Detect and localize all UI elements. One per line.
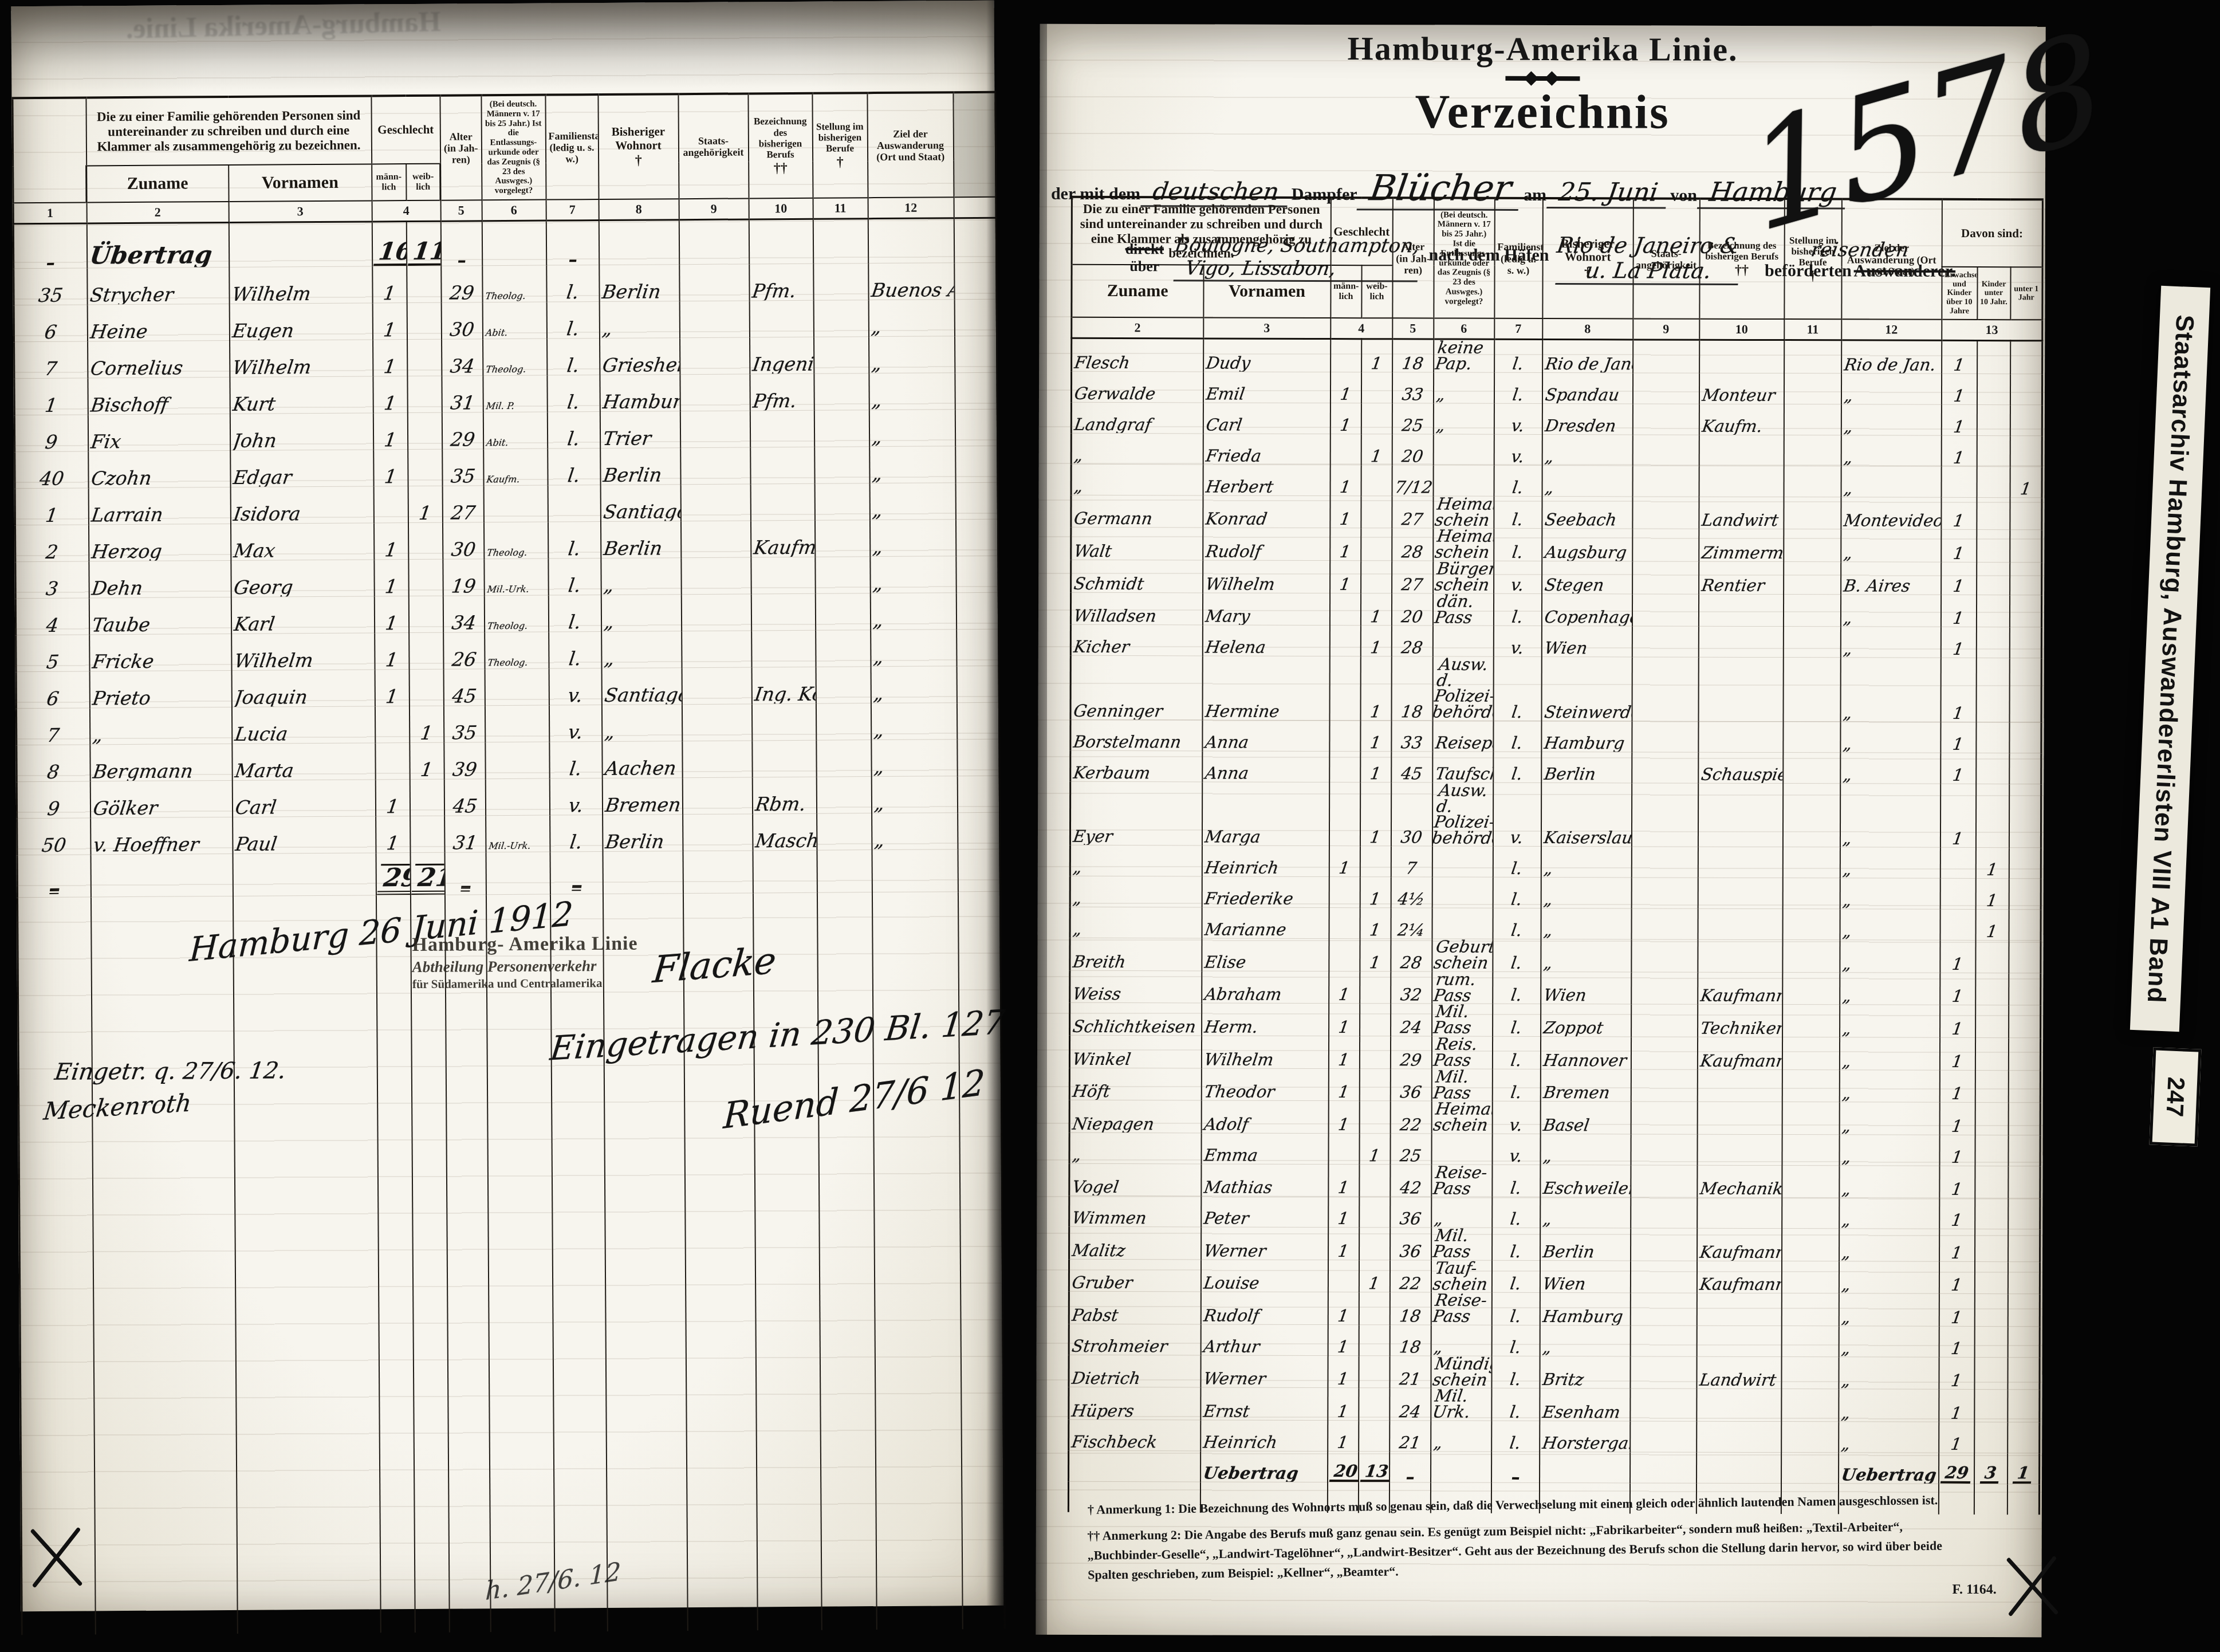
table-row: WaltRudolf128Heimat- scheinl.AugsburgZim… [1071,528,2042,563]
cell-text: 1 [1337,987,1351,1004]
cell-text: Ernst [1202,1403,1250,1419]
cell-text: Elise [1203,954,1247,970]
cell-text: 1 [1369,765,1382,782]
cell-text: 1 [1337,1339,1350,1355]
cell-text: 2 [45,542,59,561]
col-number: 8 [599,199,679,220]
cell-text: Wilhelm [233,651,314,670]
cell-text [458,260,465,262]
cell-text: „ [873,757,885,776]
cell-text: 18 [1401,355,1424,372]
table-row: KicherHelena128v.Wien„1 [1070,624,2041,658]
cell-text: Mil. Pass [1432,1228,1491,1260]
cell-text: Uebertrag [1202,1465,1299,1481]
cell-text: „ [1840,1309,1851,1325]
cell-text: Hüpers [1070,1403,1135,1419]
cell-text: Hamburg [1541,1308,1624,1325]
table-row: „Emma125v.„„1 [1069,1132,2040,1166]
col-number: 7 [546,199,599,221]
cell-text: 1 [1339,544,1352,560]
table-row: FischbeckHeinrich121„l.Horstergarten„1 [1069,1419,2040,1453]
cell-text: Bürger- schein [1434,561,1494,593]
cell-text: Hamburg [601,392,680,411]
cell-text: Eugen [231,321,295,340]
cell-text [49,888,59,894]
col-number: 9 [679,198,749,219]
cell-text: Breith [1072,954,1127,970]
cell-text: 28 [1400,639,1424,656]
cell-text: Adolf [1203,1116,1249,1132]
cell-text: l. [1510,1020,1523,1036]
column-number-row: 2 3 4 5 6 7 8 9 10 11 12 13 [1072,317,2042,341]
col-beruf: Bezeichnung des bisherigen Berufs †† [748,93,813,199]
table-row: 4TaubeKarl134Theolog.l.„„ [15,592,998,635]
cell-text: Kerbaum [1072,765,1151,781]
cell-text: „ [1841,955,1852,972]
cell-text: „ [1541,1339,1552,1356]
cell-text: v. [567,722,584,741]
cell-text: Schauspielerin [1700,766,1783,783]
table-row: BorstelmannAnna133Reisepassl.Hamburg„1 [1070,719,2041,753]
cell-text: „ [1544,479,1554,496]
cell-text: 22 [1399,1276,1422,1292]
table-row: WimmenPeter136„l.„„1 [1069,1196,2040,1229]
cell-text: 1 [384,613,399,632]
cell-text: „ [1072,890,1083,907]
col-number: 2 [1072,317,1203,339]
table-row: Uebertrag2013Uebertrag2931 [1069,1450,2040,1484]
cell-text: „ [871,501,884,520]
cell-text: 7 [1405,860,1418,877]
cell-text: Malitz [1071,1242,1127,1259]
cell-text: „ [1841,1148,1852,1165]
cell-text: Landwirt [1701,512,1780,529]
col-number: 5 [1392,318,1434,340]
cell-text: 1 [419,723,434,742]
col-number: 6 [482,200,546,221]
col-wohnort: Bisheriger Wohnort † [598,94,679,199]
cell-text: 35 [451,723,478,742]
cell-text: „ [871,391,883,410]
cell-text: 1 [1952,705,1965,722]
cell-text: Monteur [1701,387,1776,404]
cell-text: 1 [1951,767,1965,784]
cell-text: Berlin [604,832,665,851]
cell-text: l. [1510,1052,1523,1068]
table-row: 6PrietoJoaquin145v.Santiago de ChileIng.… [16,666,999,708]
cell-text: 1 [2020,481,2033,497]
cell-text: Mil.-Urk. [486,585,529,594]
cell-text: Berlin [602,465,663,485]
cell-text: Hannover [1542,1052,1627,1069]
cell-text: l. [1510,891,1524,908]
dagger-icon: † [1787,269,1839,284]
cell-text: Pabst [1071,1307,1120,1324]
cell-text: Mil. Pass [1432,1069,1491,1100]
cell-text: Berlin [1543,766,1597,782]
cell-text: „ [1841,1244,1852,1261]
col-urkunde: (Bei deutsch. Männern v. 17 bis 25 Jahr.… [1434,198,1495,319]
cell-text: „ [1841,1212,1852,1229]
cell-text: 1 [1952,736,1965,753]
cell-text: Fricke [91,652,155,671]
cell-text: Emma [1203,1147,1259,1163]
col-number: 3 [229,200,372,222]
cell-text: Bergmann [92,761,194,781]
cell-text: „ [1432,1435,1443,1451]
cell-text: 40 [38,469,65,488]
cell-text: 1 [1336,1434,1349,1451]
stamp-line-3: für Südamerika und Centralamerika [412,976,638,992]
cell-text: Gerwalde [1073,386,1156,402]
cell-text: 1 [385,833,400,852]
cell-text: Winkel [1072,1051,1132,1067]
cell-text: 35 [37,286,64,305]
cell-text: 30 [1400,829,1423,846]
cell-text: Übertrag [88,243,214,268]
double-dagger-icon: †† [751,160,810,176]
cell-text: Dehn [90,579,144,598]
divider-ornament-icon [1505,76,1580,81]
cell-text: Anna [1204,765,1250,781]
cell-text: Theolog. [485,365,526,374]
table-row: HüpersErnst124Mil. Urk.l.Esenham„1 [1069,1387,2040,1422]
col-number: 4 [1331,318,1392,339]
dagger-icon: † [816,155,865,170]
form-number: F. 1164. [1952,1582,1996,1598]
cell-text: 1 [1369,922,1382,939]
cell-text: Vogel [1071,1179,1120,1195]
cell-text: „ [1840,1277,1851,1293]
cell-text: l. [1512,356,1525,372]
cell-text: Reis. Pass [1432,1037,1492,1068]
col-familienstand: Familienstand (ledig u. s. w.) [545,95,599,200]
cell-text: l. [1510,987,1523,1004]
table-row: WeissAbraham132rum. Passl.WienKaufmann„1 [1070,970,2041,1005]
cell-text: Rbm. [754,794,806,814]
cell-text: Flesch [1073,355,1131,371]
cell-text: 1 [1339,576,1352,593]
cell-text: 27 [1400,512,1424,528]
cell-text: „ [603,576,615,595]
cell-text: Uebertrag [1840,1466,1938,1483]
cell-text: „ [1542,1211,1553,1228]
col-zuname: Zuname [86,165,229,203]
cell-text: 1 [1337,1371,1350,1387]
cell-text: Trier [601,428,652,448]
cell-text: „ [871,427,883,446]
cell-text: 7/12 [1394,479,1433,495]
cell-text: „ [1542,922,1553,939]
cell-text: 1 [1337,1243,1350,1260]
cell-text: Ausw. d. Polizei- behörde [1432,782,1493,845]
cell-text: Heine [89,322,148,341]
cell-text: „ [1843,449,1853,466]
cell-text [47,263,54,265]
col-number: 7 [1494,318,1542,340]
cell-text: 25 [1399,1147,1423,1164]
table-row: Übertrag1611 [13,218,996,268]
cell-text: Larrain [90,505,164,525]
stamp-line-2: Abtheilung Personenverkehr [412,956,638,977]
cell-text: 1 [1951,1085,1964,1102]
cell-text: Prieto [91,689,152,708]
cell-text: „ [1842,735,1853,752]
table-row: DietrichWerner121Mündig- scheinl.BritzLa… [1069,1355,2040,1390]
cell-text: Fischbeck [1070,1434,1158,1450]
table-row: MalitzWerner136Mil. Passl.BerlinKaufmann… [1069,1227,2040,1262]
cell-text: „ [1841,892,1852,909]
cell-text: Gölker [92,799,159,818]
cell-text: v. [568,796,585,815]
cell-text: l. [566,319,580,338]
cell-text: Mil. Urk. [1431,1389,1491,1420]
table-row: 50v. HoeffnerPaul131Mil.-Urk.l.BerlinMas… [17,812,1000,855]
cell-text: Arthur [1202,1338,1261,1355]
cell-text: Mechaniker [1699,1181,1782,1197]
cell-text: 1 [2013,1465,2034,1484]
cell-text: 13 [1360,1463,1389,1482]
dagger-icon: † [601,153,676,169]
col-stellung: Stellung im bisherigen Berufe † [812,93,868,198]
cell-text: 18 [1400,703,1424,720]
cell-text: l. [1509,1244,1522,1260]
cell-text: „ [873,831,886,849]
cell-text: „ [871,354,883,373]
cell-text: „ [873,794,885,813]
family-note: Die zu einer Familie gehörenden Personen… [86,96,372,166]
cell-text: Taufschein [1434,766,1493,782]
cell-text [1406,1477,1414,1479]
cell-text: 20 [1400,608,1424,625]
cell-text: l. [1512,512,1525,528]
cell-text: Eschweiler [1542,1180,1631,1197]
cell-text: „ [1842,705,1853,721]
cell-text: 1 [1337,1308,1350,1324]
cell-text: 18 [1399,1339,1422,1355]
cell-text: l. [566,392,580,411]
cell-text: 1 [1368,1276,1381,1292]
cell-text: Steinwerden [1543,704,1632,721]
cell-text: Wien [1541,1276,1587,1292]
col-number: 11 [813,198,868,219]
cell-text: 32 [1399,987,1423,1004]
table-row: 1LarrainIsidora127Santiago de Chile„ [15,482,998,525]
cell-text: 33 [1400,734,1423,751]
col-staat: Staats- angehörigkeit [678,93,749,199]
cell-text: 26 [451,650,477,668]
cell-text: 31 [449,393,475,412]
cell-text: „ [1542,891,1553,908]
col-familienstand: Familienstand (ledig u. s. w.) [1494,198,1543,319]
col-number: 12 [868,197,954,218]
cell-text: Rudolf [1202,1307,1260,1324]
cell-text: „ [1432,1339,1443,1355]
cell-text: l. [1510,922,1524,939]
cell-text: Kaufm. [1701,418,1763,435]
cell-text: Rio de Jan. [1843,356,1937,373]
right-passenger-table: Die zu einer Familie gehörenden Personen… [1068,196,2044,1515]
cell-text: Wien [1543,640,1588,656]
cell-text: Basel [1542,1117,1590,1134]
col-number: 6 [1434,318,1494,340]
cell-text: 1 [1951,1181,1964,1198]
cell-text: 31 [452,833,478,852]
cell-text: Kurt [231,394,277,413]
table-row: WinkelWilhelm129Reis. Passl.HannoverKauf… [1069,1035,2040,1070]
cell-text: 1 [1952,577,1965,594]
table-row: EyerMarga130Ausw. d. Polizei- behördev.K… [1070,781,2041,848]
cell-text: 34 [450,613,477,632]
cell-text: 27 [1400,576,1424,593]
cell-text: Dudy [1205,355,1251,371]
table-row: „Friederike14½l.„„1 [1070,876,2041,910]
cell-text: 27 [450,503,476,522]
table-row: KerbaumAnna145Taufscheinl.BerlinSchauspi… [1070,750,2041,784]
cell-text: 29 [449,430,475,449]
cell-text: „ [1843,418,1853,435]
cell-text: l. [566,466,581,485]
table-row: 2HerzogMax130Theolog.l.BerlinKaufmann„ [15,519,998,561]
footnote-2: †† Anmerkung 2: Die Angabe des Berufs mu… [1087,1516,1958,1585]
cell-text: Walt [1073,543,1113,560]
cell-text: l. [1509,1404,1522,1421]
cell-text: Abit. [485,328,507,337]
table-row: „Frieda120v.„„1 [1071,433,2042,466]
cell-text: v. [1510,449,1525,465]
scanned-ledger-spread: Hamburg-Amerika Linie. Die zu einer Fami… [0,0,2220,1652]
cell-text: „ [1072,921,1083,938]
cell-text: 1 [1337,1019,1351,1036]
cell-text: Mil.-Urk. [488,841,531,851]
cell-text: 1 [1953,419,1966,435]
cell-text: Wien [1542,987,1588,1004]
cell-text: Hermine [1204,703,1280,719]
cell-text: Höft [1072,1083,1111,1100]
cell-text: 45 [1400,765,1423,782]
table-row: StrohmeierArthur118„l.„„1 [1069,1324,2040,1357]
cell-text: Joaquin [233,687,308,707]
cell-text: „ [1433,1212,1444,1228]
table-row: HöftTheodor136Mil. Passl.Bremen„1 [1069,1068,2040,1103]
cell-text: „ [1840,1372,1851,1389]
cell-text: 1 [1951,1021,1964,1037]
cell-text: Heimat- schein [1432,1102,1492,1133]
cell-text: 1 [1338,860,1351,876]
cell-text: 36 [1399,1243,1422,1260]
cell-text: „ [872,647,885,666]
cell-text: Wilhelm [1203,1051,1274,1068]
cell-text: l. [1509,1435,1522,1452]
cell-text: l. [569,832,583,851]
cell-text: l. [1510,860,1524,877]
cell-text: „ [871,464,884,483]
cell-text: 39 [451,760,478,778]
cell-text: Kaufmann [753,537,815,557]
cell-text: „ [1841,862,1852,878]
cell-text: Tauf- schein [1432,1260,1491,1292]
dagger-icon: † [1545,265,1630,281]
cell-text: 1 [1952,641,1965,658]
cell-text: 36 [1399,1211,1422,1228]
cell-text: dän. Pass [1434,593,1493,625]
cell-text: 1 [1337,1179,1351,1196]
cell-text: 1 [1951,1118,1964,1135]
cell-text: Heinrich [1202,1434,1278,1450]
cell-text: Germann [1073,510,1153,527]
cell-text: 6 [44,322,58,341]
cell-text: 1 [1986,892,1999,909]
col-number: 12 [1841,320,1942,341]
cell-text: „ [1841,1020,1852,1037]
cell-text: v. [567,686,584,705]
cell-text: Eyer [1072,828,1114,845]
col-zuname: Zuname [1072,265,1203,318]
cell-text: „ [1072,859,1083,876]
col-wohnort: Bisheriger Wohnort † [1542,198,1633,319]
cell-text: „ [1842,766,1853,783]
cell-text: 2¼ [1397,922,1426,939]
pen-x-mark [1999,1552,2068,1621]
cell-text: Strohmeier [1071,1338,1169,1355]
cell-text: 1 [383,394,397,412]
cell-text: 21 [411,863,445,895]
cell-text: 1 [1950,1372,1963,1389]
table-row: 5FrickeWilhelm126Theolog.l.„„ [16,629,999,671]
cell-text: Theolog. [487,622,528,631]
cell-text: John [231,431,277,450]
cell-text: 9 [44,432,58,451]
cell-text: Santiago de Chile [603,685,682,705]
cell-text: Karl [233,614,275,633]
cell-text: l. [1511,544,1524,561]
cell-text: 1 [1370,355,1383,372]
cell-text: 1 [385,797,400,816]
cell-text: Theolog. [486,548,528,557]
col-stellung-label: Stellung im bisherigen Berufe [816,121,864,154]
cell-text: 30 [448,320,475,339]
cell-text: „ [1843,480,1853,497]
cell-text: „ [1841,1085,1852,1102]
cell-text: Fix [89,432,121,451]
cell-text: „ [1071,1147,1082,1163]
right-ledger-page: Hamburg-Amerika Linie. Verzeichnis 1578 … [1036,24,2045,1638]
cell-text: 29 [448,283,475,302]
cell-text: 1 [1986,923,1999,940]
cell-text: 21 [1398,1371,1422,1388]
cell-text: „ [872,574,884,593]
cell-text: rum. Pass [1432,971,1492,1003]
cell-text: 1 [1951,988,1964,1005]
archive-volume-number: 247 [2161,1076,2190,1118]
col-weiblich: weib- lich [1361,265,1392,318]
table-row: LandgrafCarl125„v.DresdenKaufm.„1 [1071,402,2042,435]
col-geschlecht: Geschlecht [371,96,440,164]
cell-text: 1 [384,650,399,669]
cell-text: l. [1511,609,1524,626]
table-row: 40CzohnEdgar135Kaufm.l.Berlin„ [15,446,998,488]
cell-text: „ [1840,1405,1851,1421]
cell-text: 1 [385,687,399,706]
cell-text: 1 [1339,417,1352,434]
cell-text: „ [1841,988,1852,1005]
cell-text: Heinrich [1203,860,1280,876]
cell-text: Wimmen [1071,1210,1148,1226]
cell-text: Mathias [1203,1179,1273,1196]
cell-text: Copenhagen [1543,609,1632,626]
stamp-line-1: Hamburg- Amerika Linie [412,932,637,958]
col-number: 10 [749,198,813,219]
